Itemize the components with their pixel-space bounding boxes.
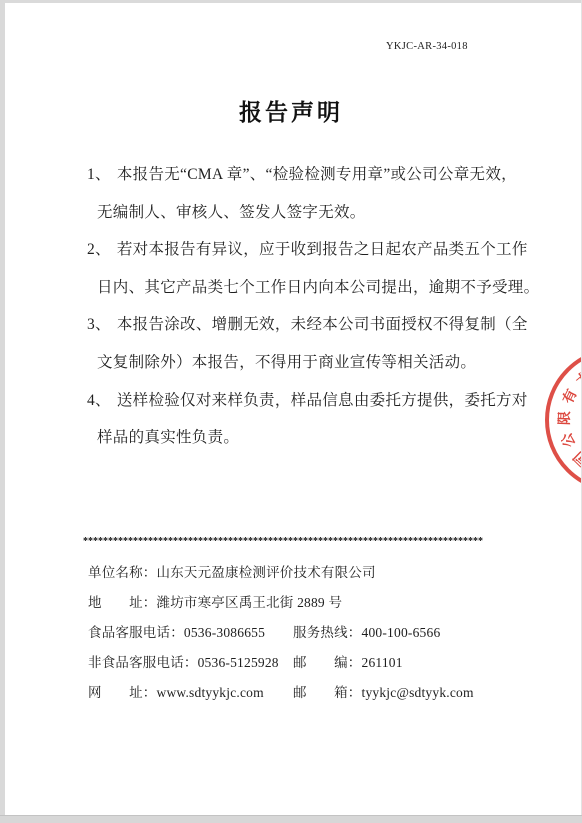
seal-character: 限 bbox=[557, 409, 576, 428]
statement-line: 1、本报告无“CMA 章”、“检验检测专用章”或公司公章无效， bbox=[87, 156, 511, 194]
statement-line: 3、本报告涂改、增删无效，未经本公司书面授权不得复制（全 bbox=[87, 306, 511, 344]
contact-value bbox=[293, 558, 512, 588]
service-hotline: 服务热线：400-100-6566 bbox=[293, 618, 512, 648]
contact-row-web: 网 址：www.sdtyykjc.com 邮 箱：tyykjc@sdtyyk.c… bbox=[88, 678, 512, 708]
document-code: YKJC-AR-34-018 bbox=[386, 41, 468, 52]
asterisk-divider: ****************************************… bbox=[83, 536, 483, 547]
contact-info-block: 单位名称：山东天元盈康检测评价技术有限公司 地 址：潍坊市寒亭区禹王北街 288… bbox=[88, 558, 512, 708]
statement-item-4: 4、送样检验仅对来样负责，样品信息由委托方提供，委托方对 样品的真实性负责。 bbox=[87, 382, 511, 457]
page-edge-bottom bbox=[0, 815, 582, 823]
page-title: 报告声明 bbox=[0, 94, 582, 127]
contact-row-company: 单位名称：山东天元盈康检测评价技术有限公司 bbox=[88, 558, 512, 588]
statement-text: 本报告无“CMA 章”、“检验检测专用章”或公司公章无效， bbox=[117, 166, 517, 183]
contact-row-food-phone: 食品客服电话：0536-3086655 服务热线：400-100-6566 bbox=[88, 618, 512, 648]
report-declaration-page: YKJC-AR-34-018 报告声明 1、本报告无“CMA 章”、“检验检测专… bbox=[0, 0, 582, 823]
website-url: 网 址：www.sdtyykjc.com bbox=[88, 678, 293, 708]
email-address: 邮 箱：tyykjc@sdtyyk.com bbox=[293, 678, 512, 708]
contact-value bbox=[293, 588, 512, 618]
food-service-phone: 食品客服电话：0536-3086655 bbox=[88, 618, 293, 648]
statement-number: 4、 bbox=[87, 392, 117, 409]
contact-row-address: 地 址：潍坊市寒亭区禹王北街 2889 号 bbox=[88, 588, 512, 618]
contact-row-nonfood-phone: 非食品客服电话：0536-5125928 邮 编：261101 bbox=[88, 648, 512, 678]
company-address: 地 址：潍坊市寒亭区禹王北街 2889 号 bbox=[88, 588, 293, 618]
statement-text: 本报告涂改、增删无效，未经本公司书面授权不得复制（全 bbox=[117, 316, 528, 333]
statement-number: 1、 bbox=[87, 166, 117, 183]
statement-line: 4、送样检验仅对来样负责，样品信息由委托方提供，委托方对 bbox=[87, 382, 511, 420]
nonfood-service-phone: 非食品客服电话：0536-5125928 bbox=[88, 648, 293, 678]
postal-code: 邮 编：261101 bbox=[293, 648, 512, 678]
statements-section: 1、本报告无“CMA 章”、“检验检测专用章”或公司公章无效， 无编制人、审核人… bbox=[87, 156, 511, 457]
statement-number: 2、 bbox=[87, 241, 117, 258]
statement-line: 文复制除外）本报告，不得用于商业宣传等相关活动。 bbox=[87, 344, 511, 382]
statement-line: 无编制人、审核人、签发人签字无效。 bbox=[87, 194, 511, 232]
statement-line: 2、若对本报告有异议，应于收到报告之日起农产品类五个工作 bbox=[87, 231, 511, 269]
statement-item-1: 1、本报告无“CMA 章”、“检验检测专用章”或公司公章无效， 无编制人、审核人… bbox=[87, 156, 511, 231]
statement-number: 3、 bbox=[87, 316, 117, 333]
statement-item-3: 3、本报告涂改、增删无效，未经本公司书面授权不得复制（全 文复制除外）本报告，不… bbox=[87, 306, 511, 381]
page-edge-left bbox=[0, 0, 5, 823]
statement-text: 若对本报告有异议，应于收到报告之日起农产品类五个工作 bbox=[117, 241, 528, 258]
statement-item-2: 2、若对本报告有异议，应于收到报告之日起农产品类五个工作 日内、其它产品类七个工… bbox=[87, 231, 511, 306]
company-name: 单位名称：山东天元盈康检测评价技术有限公司 bbox=[88, 558, 293, 588]
statement-line: 日内、其它产品类七个工作日内向本公司提出，逾期不予受理。 bbox=[87, 269, 511, 307]
company-seal-stamp: 术 有 限 公 司 bbox=[545, 347, 582, 493]
page-edge-top bbox=[0, 0, 582, 3]
statement-line: 样品的真实性负责。 bbox=[87, 419, 511, 457]
statement-text: 送样检验仅对来样负责，样品信息由委托方提供，委托方对 bbox=[117, 392, 528, 409]
